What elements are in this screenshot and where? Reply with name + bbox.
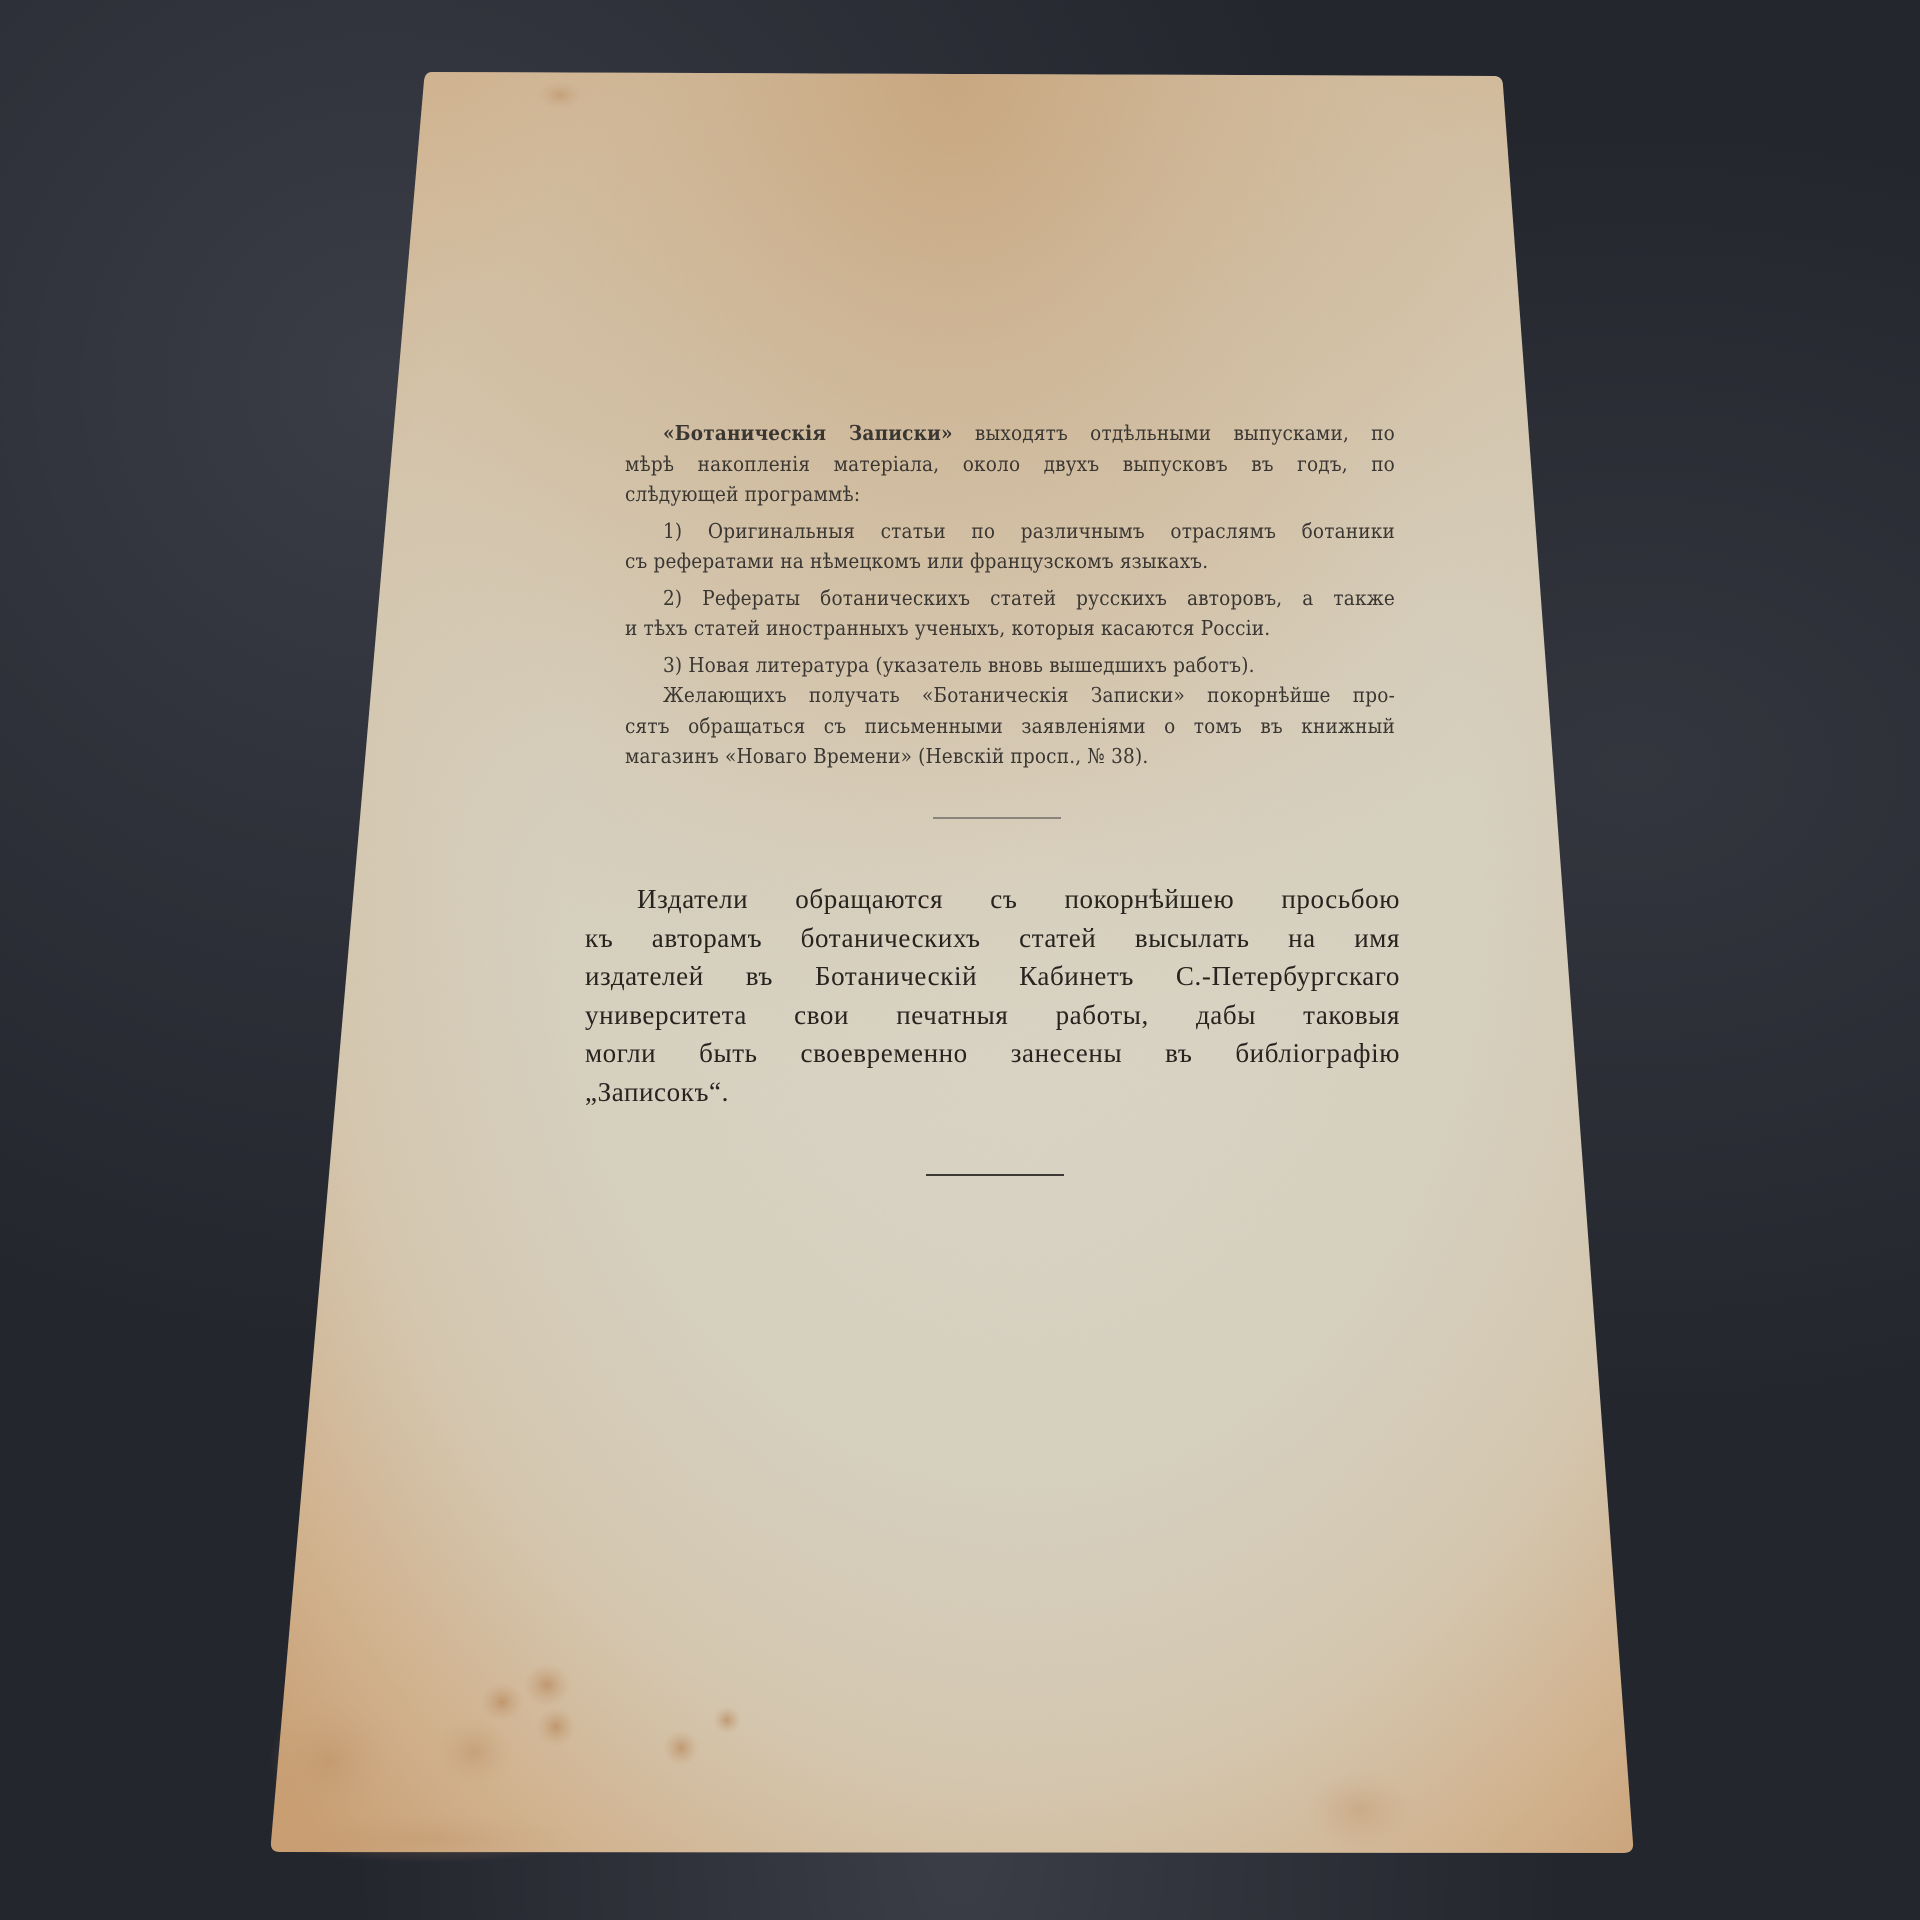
block1-line: мѣрѣ накопленія матеріала, около двухъ в… bbox=[625, 449, 1395, 480]
block1-line: «Ботаническія Записки» выходятъ отдѣльны… bbox=[625, 418, 1395, 449]
block2-line: могли быть своевременно занесены въ библ… bbox=[585, 1034, 1400, 1073]
block1-line: и тѣхъ статей иностранныхъ ученыхъ, кото… bbox=[625, 613, 1395, 644]
block1-line: 2) Рефераты ботаническихъ статей русских… bbox=[625, 583, 1395, 614]
photo-scene: «Ботаническія Записки» выходятъ отдѣльны… bbox=[0, 0, 1920, 1920]
block1-line: 1) Оригинальныя статьи по различнымъ отр… bbox=[625, 516, 1395, 547]
publishers-request-block: Издатели обращаются съ покорнѣйшею прось… bbox=[585, 880, 1400, 1111]
block2-line: къ авторамъ ботаническихъ статей высылат… bbox=[585, 919, 1400, 958]
section-divider-bottom bbox=[926, 1174, 1064, 1176]
block1-line: сятъ обращаться съ письменными заявленія… bbox=[625, 711, 1395, 742]
block1-line: магазинъ «Новаго Времени» (Невскій просп… bbox=[625, 741, 1395, 772]
block2-line: издателей въ Ботаническій Кабинетъ С.-Пе… bbox=[585, 957, 1400, 996]
block1-line: слѣдующей программѣ: bbox=[625, 479, 1395, 510]
block2-line: университета свои печатныя работы, дабы … bbox=[585, 996, 1400, 1035]
block1-line: съ рефератами на нѣмецкомъ или французск… bbox=[625, 546, 1395, 577]
journal-info-block: «Ботаническія Записки» выходятъ отдѣльны… bbox=[625, 418, 1395, 772]
block1-line: 3) Новая литература (указатель вновь выш… bbox=[625, 650, 1395, 681]
block1-line: Желающихъ получать «Ботаническія Записки… bbox=[625, 680, 1395, 711]
section-divider bbox=[933, 817, 1061, 819]
block2-line: Издатели обращаются съ покорнѣйшею прось… bbox=[585, 880, 1400, 919]
journal-title: «Ботаническія Записки» bbox=[663, 421, 953, 445]
block2-line: „Записокъ“. bbox=[585, 1073, 1400, 1112]
